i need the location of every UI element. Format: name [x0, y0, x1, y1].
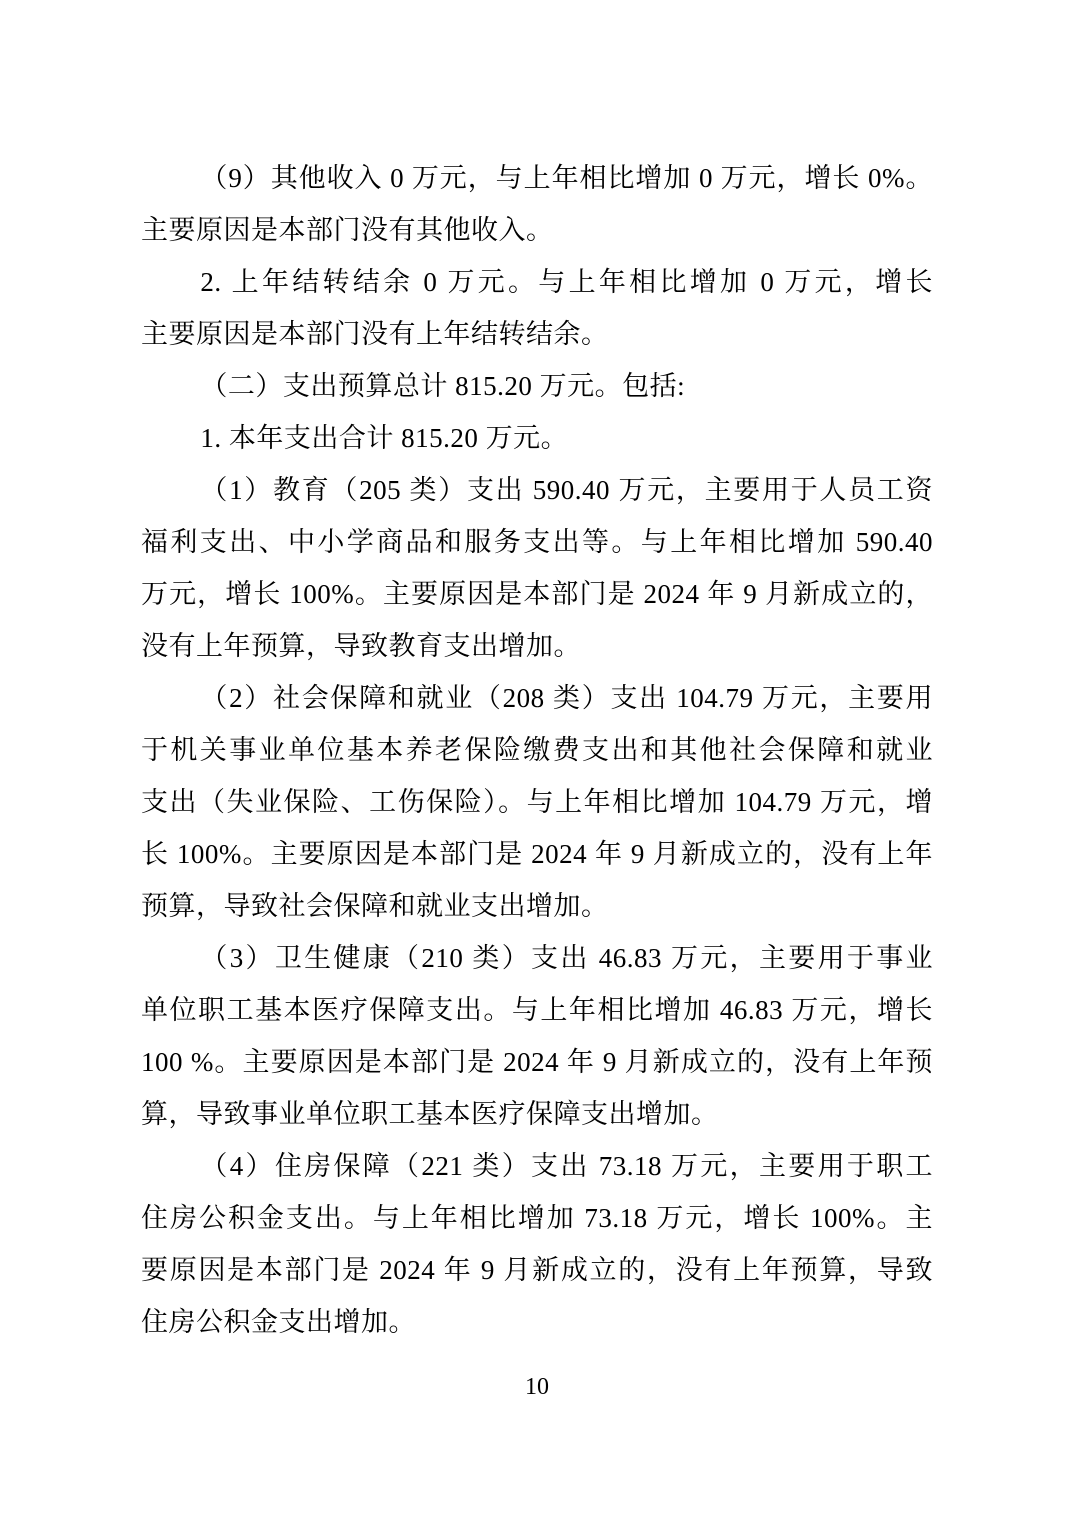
- paragraph: 2. 上年结转结余 0 万元。与上年相比增加 0 万元，增长 0%。 主要原因是…: [141, 256, 933, 360]
- text-line: 算，导致事业单位职工基本医疗保障支出增加。: [141, 1088, 933, 1140]
- text-line: 主要原因是本部门没有其他收入。: [141, 204, 933, 256]
- text-line: （9）其他收入 0 万元，与上年相比增加 0 万元，增长 0%。: [141, 152, 933, 204]
- paragraph: 1. 本年支出合计 815.20 万元。: [141, 412, 933, 464]
- text-line: 于机关事业单位基本养老保险缴费支出和其他社会保障和就业: [141, 724, 933, 776]
- text-line: 2. 上年结转结余 0 万元。与上年相比增加 0 万元，增长 0%。: [141, 256, 933, 308]
- paragraph: （4）住房保障（221 类）支出 73.18 万元，主要用于职工 住房公积金支出…: [141, 1140, 933, 1348]
- text-line: （3）卫生健康（210 类）支出 46.83 万元，主要用于事业: [141, 932, 933, 984]
- text-line: 要原因是本部门是 2024 年 9 月新成立的，没有上年预算，导致: [141, 1244, 933, 1296]
- text-line: 没有上年预算，导致教育支出增加。: [141, 620, 933, 672]
- text-line: 福利支出、中小学商品和服务支出等。与上年相比增加 590.40: [141, 516, 933, 568]
- text-line: 主要原因是本部门没有上年结转结余。: [141, 308, 933, 360]
- text-line: 长 100%。主要原因是本部门是 2024 年 9 月新成立的，没有上年: [141, 828, 933, 880]
- text-line: 万元，增长 100%。主要原因是本部门是 2024 年 9 月新成立的，: [141, 568, 933, 620]
- paragraph: （9）其他收入 0 万元，与上年相比增加 0 万元，增长 0%。 主要原因是本部…: [141, 152, 933, 256]
- text-line: 100 %。主要原因是本部门是 2024 年 9 月新成立的，没有上年预: [141, 1036, 933, 1088]
- text-line: （2）社会保障和就业（208 类）支出 104.79 万元，主要用: [141, 672, 933, 724]
- paragraph: （二）支出预算总计 815.20 万元。包括:: [141, 360, 933, 412]
- document-page: （9）其他收入 0 万元，与上年相比增加 0 万元，增长 0%。 主要原因是本部…: [0, 0, 1074, 1520]
- text-line: 支出（失业保险、工伤保险）。与上年相比增加 104.79 万元，增: [141, 776, 933, 828]
- text-line: 住房公积金支出。与上年相比增加 73.18 万元，增长 100%。主: [141, 1192, 933, 1244]
- paragraph: （1）教育（205 类）支出 590.40 万元，主要用于人员工资 福利支出、中…: [141, 464, 933, 672]
- document-body: （9）其他收入 0 万元，与上年相比增加 0 万元，增长 0%。 主要原因是本部…: [141, 152, 933, 1348]
- paragraph: （3）卫生健康（210 类）支出 46.83 万元，主要用于事业 单位职工基本医…: [141, 932, 933, 1140]
- text-line: （4）住房保障（221 类）支出 73.18 万元，主要用于职工: [141, 1140, 933, 1192]
- text-line: 预算，导致社会保障和就业支出增加。: [141, 880, 933, 932]
- paragraph: （2）社会保障和就业（208 类）支出 104.79 万元，主要用 于机关事业单…: [141, 672, 933, 932]
- page-number: 10: [0, 1372, 1074, 1402]
- text-line: 单位职工基本医疗保障支出。与上年相比增加 46.83 万元，增长: [141, 984, 933, 1036]
- text-line: （1）教育（205 类）支出 590.40 万元，主要用于人员工资: [141, 464, 933, 516]
- text-line: （二）支出预算总计 815.20 万元。包括:: [141, 360, 933, 412]
- text-line: 住房公积金支出增加。: [141, 1296, 933, 1348]
- text-line: 1. 本年支出合计 815.20 万元。: [141, 412, 933, 464]
